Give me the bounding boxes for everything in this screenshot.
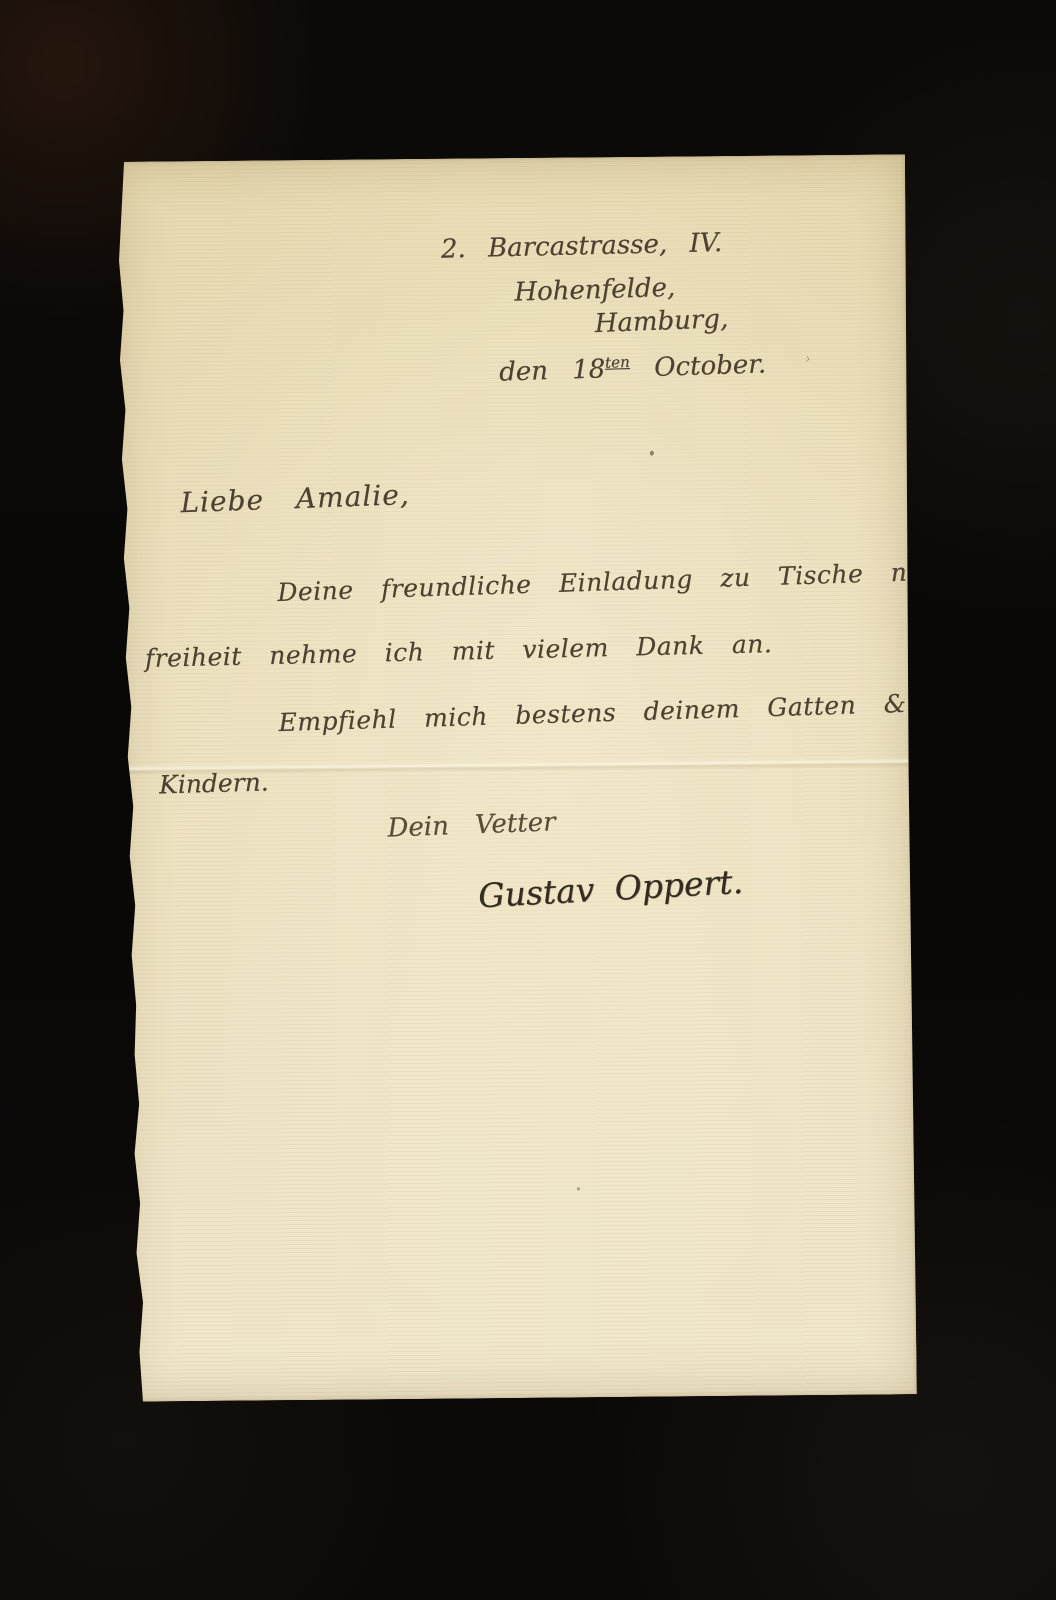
date-day: den 18 bbox=[499, 354, 606, 387]
letter-paper: 2. Barcastrasse, IV. Hohenfelde, Hamburg… bbox=[115, 154, 917, 1402]
salutation: Liebe Amalie, bbox=[180, 478, 410, 519]
body-line-1: Deine freundliche Einladung zu Tische na… bbox=[277, 556, 954, 607]
photo-stage: 2. Barcastrasse, IV. Hohenfelde, Hamburg… bbox=[0, 0, 1056, 1600]
address-line-street: 2. Barcastrasse, IV. bbox=[441, 228, 723, 265]
body-line-4: Kindern. bbox=[159, 767, 269, 799]
ink-speck bbox=[577, 1187, 580, 1190]
date-month: October. bbox=[654, 349, 767, 382]
date-line: den 18ten October. bbox=[499, 349, 767, 388]
pencil-mark: › bbox=[804, 351, 812, 368]
date-ordinal-suffix: ten bbox=[605, 353, 630, 372]
address-line-district: Hohenfelde, bbox=[514, 273, 676, 308]
address-line-city: Hamburg, bbox=[594, 304, 729, 339]
signature: Gustav Oppert. bbox=[477, 862, 744, 916]
body-line-3: Empfiehl mich bestens deinem Gatten & de… bbox=[278, 685, 1023, 737]
closing-line: Dein Vetter bbox=[387, 807, 556, 843]
body-line-2: freiheit nehme ich mit vielem Dank an. bbox=[145, 629, 773, 673]
ink-speck bbox=[650, 451, 654, 456]
